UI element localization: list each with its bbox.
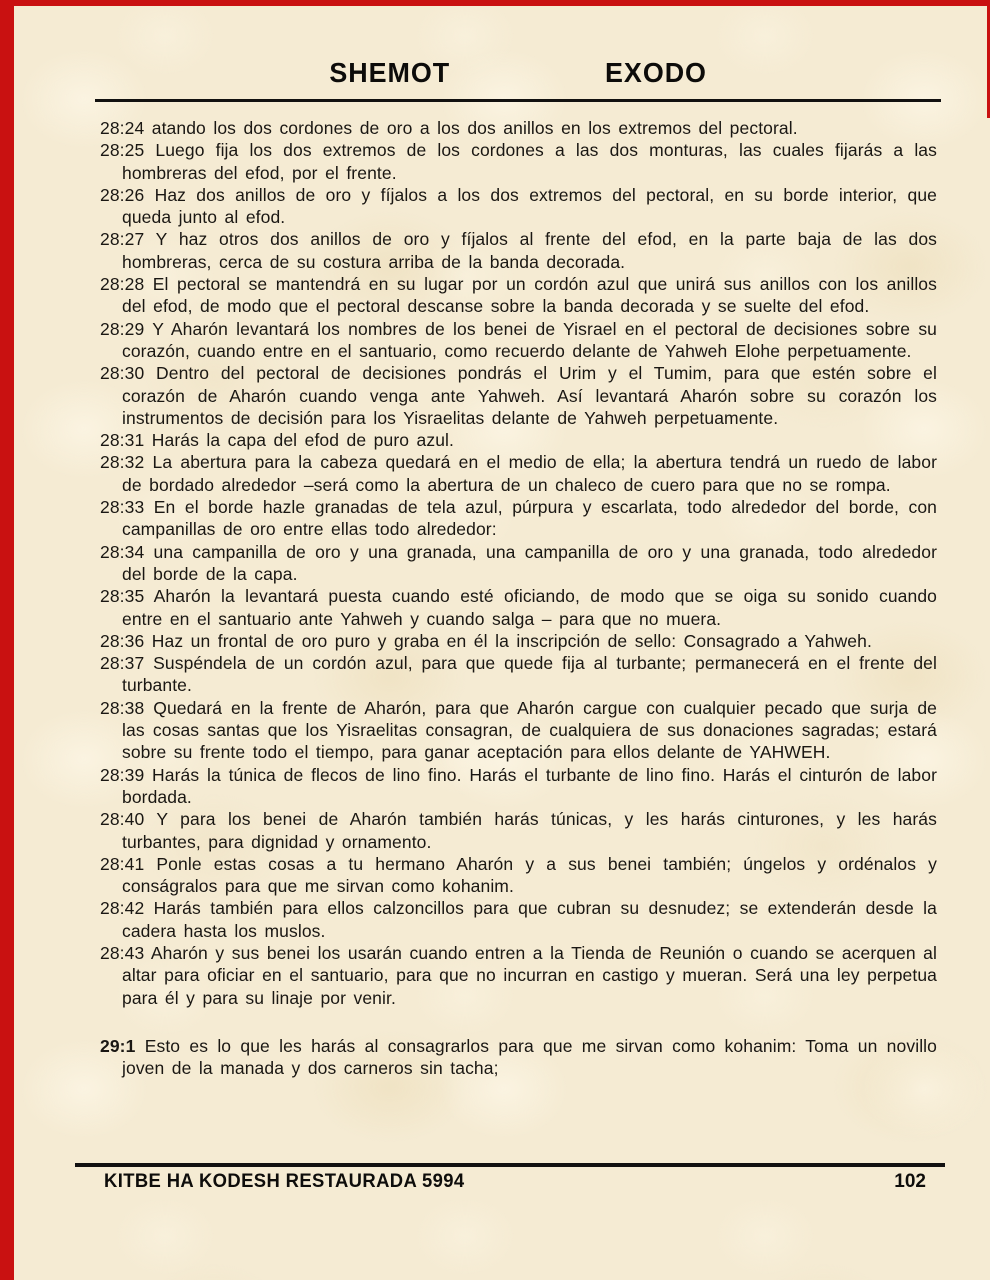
verse-number: 28:29 [100, 319, 144, 339]
verse-text: Y para los benei de Aharón también harás… [122, 809, 937, 851]
verse-number: 28:25 [100, 140, 144, 160]
header-rule [95, 99, 941, 102]
verse-text: Harás la capa del efod de puro azul. [144, 430, 454, 450]
footer-edition-label: KITBE HA KODESH RESTAURADA 5994 [104, 1171, 465, 1193]
page-number: 102 [894, 1171, 926, 1193]
verse-paragraph: 28:25 Luego fija los dos extremos de los… [100, 139, 937, 184]
verse-text: Harás también para ellos calzoncillos pa… [122, 898, 937, 940]
verse-number: 28:40 [100, 809, 144, 829]
scanned-bible-page: SHEMOT EXODO 28:24 atando los dos cordon… [0, 0, 990, 1280]
verse-text: Harás la túnica de flecos de lino fino. … [122, 765, 937, 807]
verse-text: Suspéndela de un cordón azul, para que q… [122, 653, 937, 695]
verse-paragraph: 28:41 Ponle estas cosas a tu hermano Aha… [100, 853, 937, 898]
verse-number: 28:26 [100, 185, 144, 205]
verse-number: 28:28 [100, 274, 144, 294]
verse-number: 28:33 [100, 497, 144, 517]
verse-number: 28:27 [100, 229, 144, 249]
verse-paragraph: 28:43 Aharón y sus benei los usarán cuan… [100, 942, 937, 1009]
verse-number: 28:41 [100, 854, 144, 874]
verse-number: 28:39 [100, 765, 144, 785]
verse-text: Esto es lo que les harás al consagrarlos… [122, 1036, 937, 1078]
page-header: SHEMOT EXODO [0, 57, 990, 91]
verse-paragraph: 28:36 Haz un frontal de oro puro y graba… [100, 630, 937, 652]
verse-text: En el borde hazle granadas de tela azul,… [122, 497, 937, 539]
verse-paragraph: 28:29 Y Aharón levantará los nombres de … [100, 318, 937, 363]
verse-paragraph: 28:39 Harás la túnica de flecos de lino … [100, 764, 937, 809]
verse-text: La abertura para la cabeza quedará en el… [122, 452, 937, 494]
verse-number: 28:34 [100, 542, 144, 562]
verse-text: Luego fija los dos extremos de los cordo… [122, 140, 937, 182]
verse-text: Haz dos anillos de oro y fíjalos a los d… [122, 185, 937, 227]
verse-paragraph: 28:42 Harás también para ellos calzoncil… [100, 897, 937, 942]
verse-text: Quedará en la frente de Aharón, para que… [122, 698, 937, 763]
verse-text: Aharón y sus benei los usarán cuando ent… [122, 943, 937, 1008]
verse-number: 28:42 [100, 898, 144, 918]
verses: 28:24 atando los dos cordones de oro a l… [100, 117, 937, 1079]
verse-text: una campanilla de oro y una granada, una… [122, 542, 937, 584]
header-title-spanish: EXODO [602, 57, 710, 89]
verse-paragraph: 28:37 Suspéndela de un cordón azul, para… [100, 652, 937, 697]
verse-text: El pectoral se mantendrá en su lugar por… [122, 274, 937, 316]
verse-number: 28:38 [100, 698, 144, 718]
verse-paragraph: 28:40 Y para los benei de Aharón también… [100, 808, 937, 853]
red-scan-edge-left [0, 0, 14, 1280]
verse-paragraph: 28:28 El pectoral se mantendrá en su lug… [100, 273, 937, 318]
red-scan-edge-top [0, 0, 990, 6]
verse-text: atando los dos cordones de oro a los dos… [144, 118, 797, 138]
verse-paragraph: 28:38 Quedará en la frente de Aharón, pa… [100, 697, 937, 764]
verse-text: Haz un frontal de oro puro y graba en él… [144, 631, 872, 651]
verse-paragraph: 28:34 una campanilla de oro y una granad… [100, 541, 937, 586]
verse-number: 28:36 [100, 631, 144, 651]
verse-paragraph: 28:31 Harás la capa del efod de puro azu… [100, 429, 937, 451]
verse-paragraph: 28:30 Dentro del pectoral de decisiones … [100, 362, 937, 429]
verse-paragraph: 28:32 La abertura para la cabeza quedará… [100, 451, 937, 496]
verse-paragraph: 28:35 Aharón la levantará puesta cuando … [100, 585, 937, 630]
verse-text: Y Aharón levantará los nombres de los be… [122, 319, 937, 361]
verse-number: 28:24 [100, 118, 144, 138]
verse-paragraph: 28:26 Haz dos anillos de oro y fíjalos a… [100, 184, 937, 229]
verse-text: Dentro del pectoral de decisiones pondrá… [122, 363, 937, 428]
verse-number: 28:43 [100, 943, 144, 963]
verse-paragraph: 28:33 En el borde hazle granadas de tela… [100, 496, 937, 541]
verse-number: 28:30 [100, 363, 144, 383]
verse-text: Aharón la levantará puesta cuando esté o… [122, 586, 937, 628]
verse-number: 28:35 [100, 586, 144, 606]
verse-number: 28:37 [100, 653, 144, 673]
verse-paragraph: 28:27 Y haz otros dos anillos de oro y f… [100, 228, 937, 273]
header-title-hebrew: SHEMOT [329, 57, 444, 89]
footer-rule [75, 1163, 945, 1167]
verse-paragraph: 28:24 atando los dos cordones de oro a l… [100, 117, 937, 139]
verse-text: Y haz otros dos anillos de oro y fíjalos… [122, 229, 937, 271]
verse-text: Ponle estas cosas a tu hermano Aharón y … [122, 854, 937, 896]
verse-paragraph: 29:1 Esto es lo que les harás al consagr… [100, 1035, 937, 1080]
verse-number: 28:32 [100, 452, 144, 472]
verse-number: 28:31 [100, 430, 144, 450]
verse-number: 29:1 [100, 1036, 135, 1056]
